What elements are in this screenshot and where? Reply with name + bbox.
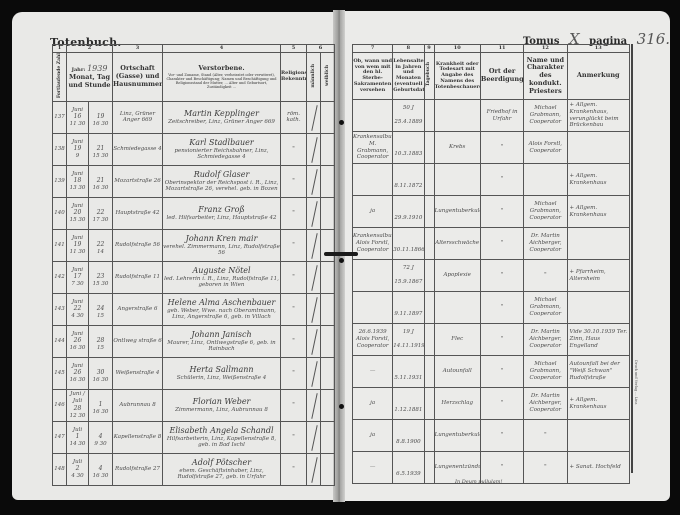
age-years: 19 J — [403, 329, 414, 335]
death-date: Juli24 30 — [67, 453, 89, 485]
birth-date: 8.11.1872 — [394, 183, 422, 189]
sacraments — [353, 260, 393, 292]
address: Rudolfstraße 11 — [113, 261, 163, 293]
diary — [424, 260, 434, 292]
male-mark — [307, 197, 321, 229]
death-date: Juni177 30 — [67, 261, 89, 293]
death-day: 26 — [74, 337, 82, 344]
religion: " — [281, 229, 307, 261]
table-row: 137Juni1611 301916 30Linz, Grüner Anger … — [53, 101, 335, 133]
colnum: 9 — [424, 45, 434, 53]
birth-date: 10.3.1883 — [394, 151, 422, 157]
binding-hole — [339, 120, 344, 125]
male-mark — [307, 261, 321, 293]
burial-place: " — [480, 196, 523, 228]
address: Rudolfstraße 56 — [113, 229, 163, 261]
birth-date: 25.4.1889 — [394, 119, 422, 125]
death-hour: 15 30 — [70, 217, 86, 223]
diary — [424, 100, 434, 132]
female-mark — [321, 229, 335, 261]
age: 72 J15.9.1867 — [393, 260, 424, 292]
deceased-name: Rudolf Glaser — [163, 170, 280, 180]
burial-day: 22 — [97, 241, 105, 248]
deceased-name: Martin Kepplinger — [163, 109, 280, 119]
deceased-name: Johann Kren mair — [163, 234, 280, 244]
age: 30.11.1866 — [393, 228, 424, 260]
table-row: 143Juni224 302415Angerstraße 6Helene Alm… — [53, 293, 335, 325]
age: 1.12.1881 — [393, 388, 424, 420]
burial-date: 2415 — [89, 293, 113, 325]
religion: " — [281, 133, 307, 165]
table-row: 50 J25.4.1889Friedhof in UrfahrMichael G… — [353, 100, 630, 132]
header-text: Name und Charakter des kondukt. Priester… — [527, 56, 564, 95]
header-text: Tagebuch — [426, 62, 431, 86]
table-row: 72 J15.9.1867Apoplexie""+ Pfarrheim, Alt… — [353, 260, 630, 292]
priest: Dr. Martin Aichberger, Cooperator — [524, 388, 567, 420]
death-hour: 13 30 — [70, 185, 86, 191]
table-row: 147Juli114 3049 30Kapellenstraße 8Elisab… — [53, 421, 335, 453]
death-hour: 4 30 — [71, 473, 83, 479]
age: 10.3.1883 — [393, 132, 424, 164]
priest — [524, 164, 567, 196]
deceased: Karl Stadlbauerpensionierter Reichsbahne… — [163, 133, 281, 165]
burial-hour: 15 30 — [93, 153, 109, 159]
table-row: Krankensalbung Alois Forstl, Cooperator3… — [353, 228, 630, 260]
month: Juni — [72, 363, 83, 369]
header-text: weiblich — [325, 65, 330, 86]
month: Juni — [72, 267, 83, 273]
burial-place: " — [480, 164, 523, 196]
cause-of-death: Lungentuberkulose — [434, 196, 480, 228]
death-day: 2 — [76, 465, 80, 472]
cause-of-death: Lungentuberkulose — [434, 420, 480, 452]
table-row: 140Juni2015 302217 30Hauptstraße 42Franz… — [53, 197, 335, 229]
burial-place: " — [480, 356, 523, 388]
right-register-table: 7 8 9 10 11 12 13 Ob, wann und von wem m… — [352, 44, 630, 484]
table-row: 146Juni / Juli2812 30116 30Aubrunnau 8Fl… — [53, 389, 335, 421]
age: 29.9.1910 — [393, 196, 424, 228]
month: Juni — [72, 331, 83, 337]
sacraments: — — [353, 356, 393, 388]
deceased-description: Hilfsarbeiterin, Linz, Kapellenstraße 8,… — [167, 436, 276, 449]
colnum: 11 — [480, 45, 523, 53]
address: Schmiedegasse 4 — [113, 133, 163, 165]
row-number: 140 — [53, 197, 67, 229]
age: 6.5.1939 — [393, 452, 424, 484]
age-years: 50 J — [403, 105, 414, 111]
month: Juni — [72, 139, 83, 145]
deceased-description: Zimmermann, Linz, Aubrunnau 8 — [175, 407, 268, 413]
diary — [424, 324, 434, 356]
burial-date: 3016 30 — [89, 357, 113, 389]
deceased-description: Zeitschreiber, Linz, Grüner Anger 669 — [168, 119, 275, 125]
burial-hour: 15 — [97, 345, 104, 351]
left-register-table: 1 2 3 4 5 6 Fortlaufende Zahl Jahr: 1939… — [52, 44, 335, 486]
deceased: Martin KepplingerZeitschreiber, Linz, Gr… — [163, 101, 281, 133]
deceased-name: Franz Groß — [163, 205, 280, 215]
table-row: 9.11.1897"Michael Grabmann, Cooperator — [353, 292, 630, 324]
burial-day: 30 — [97, 369, 105, 376]
burial-day: 21 — [97, 177, 105, 184]
left-register-body: 137Juni1611 301916 30Linz, Grüner Anger … — [53, 101, 335, 485]
male-mark — [307, 389, 321, 421]
header-ort: Ort der Beerdigung — [480, 53, 523, 100]
deceased-description: Maurer, Linz, Ontlwegstraße 6, geb. in R… — [167, 340, 275, 353]
colnum: 1 — [53, 45, 67, 53]
burial-day: 21 — [97, 145, 105, 152]
death-date: Juni1813 30 — [67, 165, 89, 197]
header-text: männlich — [311, 64, 316, 88]
table-row: —5.11.1931Autounfall"Michael Grabmann, C… — [353, 356, 630, 388]
colnum: 12 — [524, 45, 567, 53]
page-footer: In Deum pullulam! — [455, 479, 502, 485]
birth-date: 1.12.1881 — [394, 407, 422, 413]
table-row: 144Juni2616 302815Ontlweg straße 6Johann… — [53, 325, 335, 357]
month: Juni — [72, 171, 83, 177]
burial-date: 2214 — [89, 229, 113, 261]
burial-day: 19 — [97, 113, 105, 120]
deceased: Franz Großled. Hilfsarbeiter, Linz, Haup… — [163, 197, 281, 229]
right-register-body: 50 J25.4.1889Friedhof in UrfahrMichael G… — [353, 100, 630, 484]
burial-date: 2115 30 — [89, 133, 113, 165]
priest: Michael Grabmann, Cooperator — [524, 292, 567, 324]
header-krankheit: Krankheit oder Todesart mit Angabe des N… — [434, 53, 480, 100]
header-row: Ob, wann und von wem mit den hl. Sterbe-… — [353, 53, 630, 100]
row-number: 142 — [53, 261, 67, 293]
death-date: Juni / Juli2812 30 — [67, 389, 89, 421]
row-number: 141 — [53, 229, 67, 261]
row-number: 145 — [53, 357, 67, 389]
colnum: 4 — [163, 45, 281, 53]
table-row: 8.11.1872"+ Allgem. Krankenhaus — [353, 164, 630, 196]
header-maennlich: männlich — [307, 53, 321, 102]
burial-hour: 15 30 — [93, 281, 109, 287]
header-text: Krankheit oder Todesart mit Angabe des N… — [435, 61, 481, 90]
address: Mozartstraße 26 — [113, 165, 163, 197]
male-mark — [307, 293, 321, 325]
death-day: 28 — [74, 405, 82, 412]
verstorbene-desc: Vor- und Zuname, Stand (Alter, verheirat… — [163, 73, 280, 89]
death-day: 20 — [74, 209, 82, 216]
header-text: Religions-Bekenntnis — [281, 70, 307, 82]
header-datum: Jahr: 1939 Monat, Tag und Stunde — [67, 53, 113, 102]
burial-hour: 16 30 — [93, 473, 109, 479]
burial-date: 1916 30 — [89, 101, 113, 133]
remark — [567, 420, 629, 452]
death-date: Juni2616 30 — [67, 357, 89, 389]
deceased-name: Adolf Pötscher — [163, 458, 280, 468]
deceased-name: Auguste Nötel — [163, 266, 280, 276]
female-mark — [321, 325, 335, 357]
death-date: Juni224 30 — [67, 293, 89, 325]
colnum: 5 — [281, 45, 307, 53]
female-mark — [321, 165, 335, 197]
remark: Vide 30.10.1939 Ter. Zinn, Haus Engellan… — [567, 324, 629, 356]
burial-place: " — [480, 292, 523, 324]
burial-hour: 14 — [97, 249, 104, 255]
sacraments: ja — [353, 196, 393, 228]
diary — [424, 196, 434, 228]
colnum: 6 — [307, 45, 335, 53]
sacraments: Krankensalbung Alois Forstl, Cooperator — [353, 228, 393, 260]
priest: " — [524, 452, 567, 484]
sacraments: — — [353, 452, 393, 484]
birth-date: 30.11.1866 — [393, 247, 424, 253]
month: Juni — [72, 203, 83, 209]
header-text: Lebensalter in Jahren und Monaten (event… — [393, 58, 424, 93]
remark: + Sanat. Hochfeld — [567, 452, 629, 484]
priest: Dr. Martin Aichberger, Cooperator — [524, 228, 567, 260]
binding-hole — [339, 404, 344, 409]
remark: Autounfall bei der "Weiß Schwan" Rudolfs… — [567, 356, 629, 388]
deceased-description: led. Hilfsarbeiter, Linz, Hauptstraße 42 — [167, 215, 277, 221]
burial-hour: 16 30 — [93, 409, 109, 415]
address: Aubrunnau 8 — [113, 389, 163, 421]
remark: + Allgem. Krankenhaus — [567, 196, 629, 228]
header-row: Fortlaufende Zahl Jahr: 1939 Monat, Tag … — [53, 53, 335, 102]
age: 50 J25.4.1889 — [393, 100, 424, 132]
cause-of-death — [434, 164, 480, 196]
diary — [424, 164, 434, 196]
death-date: Juni2015 30 — [67, 197, 89, 229]
table-row: 141Juni1911 302214Rudolfstraße 56Johann … — [53, 229, 335, 261]
death-date: Juni2616 30 — [67, 325, 89, 357]
diary — [424, 228, 434, 260]
deceased-name: Herta Sallmann — [163, 365, 280, 375]
remark: + Allgem. Krankenhaus — [567, 388, 629, 420]
header-lebensalter: Lebensalter in Jahren und Monaten (event… — [393, 53, 424, 100]
month: Juni / Juli — [70, 391, 85, 404]
header-weiblich: weiblich — [321, 53, 335, 102]
burial-day: 28 — [97, 337, 105, 344]
burial-day: 22 — [97, 209, 105, 216]
deceased: Johann JanischMaurer, Linz, Ontlwegstraß… — [163, 325, 281, 357]
burial-date: 116 30 — [89, 389, 113, 421]
deceased-name: Florian Weber — [163, 397, 280, 407]
religion: " — [281, 165, 307, 197]
colnum: 2 — [67, 45, 113, 53]
religion: " — [281, 325, 307, 357]
table-row: ja1.12.1881Herzschlag"Dr. Martin Aichber… — [353, 388, 630, 420]
death-hour: 11 30 — [70, 121, 86, 127]
row-number: 137 — [53, 101, 67, 133]
remark — [567, 228, 629, 260]
burial-place: " — [480, 132, 523, 164]
female-mark — [321, 133, 335, 165]
burial-day: 4 — [99, 465, 103, 472]
birth-date: 15.9.1867 — [394, 279, 422, 285]
priest: Alois Forstl, Cooperator — [524, 132, 567, 164]
verstorbene-title: Verstorbene. — [198, 64, 244, 72]
burial-hour: 9 30 — [94, 441, 106, 447]
religion: röm. kath. — [281, 101, 307, 133]
death-hour: 11 30 — [70, 249, 86, 255]
deceased: Adolf Pötscherehem. Geschäftsinhaber, Li… — [163, 453, 281, 485]
age: 5.11.1931 — [393, 356, 424, 388]
death-day: 26 — [74, 369, 82, 376]
header-priester: Name und Charakter des kondukt. Priester… — [524, 53, 567, 100]
header-sakramente: Ob, wann und von wem mit den hl. Sterbe-… — [353, 53, 393, 100]
birth-date: 9.11.1897 — [394, 311, 422, 317]
male-mark — [307, 421, 321, 453]
sacraments: ja — [353, 420, 393, 452]
table-row: 26.6.1939 Alois Forstl, Cooperator19 J14… — [353, 324, 630, 356]
deceased-description: verehel. Zimmermann, Linz, Rudolfstraße … — [163, 244, 280, 257]
deceased-description: ehem. Geschäftsinhaber, Linz, Rudolfstra… — [178, 468, 266, 481]
deceased: Helene Alma Aschenbauergeb. Weber, Wwe. … — [163, 293, 281, 325]
colnum: 8 — [393, 45, 424, 53]
deceased-name: Elisabeth Angela Schandl — [163, 426, 280, 436]
cause-of-death: Herzschlag — [434, 388, 480, 420]
diary — [424, 292, 434, 324]
cause-of-death: Autounfall — [434, 356, 480, 388]
colnum: 7 — [353, 45, 393, 53]
female-mark — [321, 357, 335, 389]
burial-day: 23 — [97, 273, 105, 280]
age: 9.11.1897 — [393, 292, 424, 324]
death-hour: 16 30 — [70, 345, 86, 351]
priest: " — [524, 420, 567, 452]
table-row: ja8.8.1900Lungentuberkulose"" — [353, 420, 630, 452]
burial-hour: 16 30 — [93, 377, 109, 383]
sacraments — [353, 292, 393, 324]
burial-place: " — [480, 228, 523, 260]
death-day: 22 — [74, 305, 82, 312]
address: Kapellenstraße 8 — [113, 421, 163, 453]
death-hour: 12 30 — [70, 413, 86, 419]
diary — [424, 388, 434, 420]
remark: + Allgem. Krankenhaus, verunglückt beim … — [567, 100, 629, 132]
table-row: 138Juni1992115 30Schmiedegasse 4Karl Sta… — [53, 133, 335, 165]
table-row: ja29.9.1910Lungentuberkulose"Michael Gra… — [353, 196, 630, 228]
address: Rudolfstraße 27 — [113, 453, 163, 485]
male-mark — [307, 357, 321, 389]
burial-hour: 17 30 — [93, 217, 109, 223]
table-row: Krankensalbung M. Grabmann, Cooperator10… — [353, 132, 630, 164]
religion: " — [281, 421, 307, 453]
remark: + Allgem. Krankenhaus — [567, 164, 629, 196]
deceased: Herta SallmannSchülerin, Linz, Weißenstr… — [163, 357, 281, 389]
deceased-name: Karl Stadlbauer — [163, 138, 280, 148]
remark: + Pfarrheim, Altersheim — [567, 260, 629, 292]
header-tagebuch: Tagebuch — [424, 53, 434, 100]
address: Ontlweg straße 6 — [113, 325, 163, 357]
row-number: 144 — [53, 325, 67, 357]
death-hour: 14 30 — [70, 441, 86, 447]
birth-date: 8.8.1900 — [396, 439, 421, 445]
priest: Michael Grabmann, Cooperator — [524, 196, 567, 228]
sacraments: 26.6.1939 Alois Forstl, Cooperator — [353, 324, 393, 356]
table-row: 148Juli24 30416 30Rudolfstraße 27Adolf P… — [53, 453, 335, 485]
month: Juni — [72, 107, 83, 113]
death-day: 18 — [74, 177, 82, 184]
column-number-row: 1 2 3 4 5 6 — [53, 45, 335, 53]
burial-date: 416 30 — [89, 453, 113, 485]
header-verstorbene: Verstorbene. Vor- und Zuname, Stand (Alt… — [163, 53, 281, 102]
month: Juli — [73, 459, 82, 465]
death-date: Juli114 30 — [67, 421, 89, 453]
row-number: 139 — [53, 165, 67, 197]
burial-place: " — [480, 260, 523, 292]
deceased: Florian WeberZimmermann, Linz, Aubrunnau… — [163, 389, 281, 421]
religion: " — [281, 261, 307, 293]
birth-date: 6.5.1939 — [396, 471, 421, 477]
header-text: Ort der Beerdigung — [481, 67, 524, 83]
diary — [424, 420, 434, 452]
table-row: 142Juni177 302315 30Rudolfstraße 11Augus… — [53, 261, 335, 293]
priest: Dr. Martin Aichberger, Cooperator — [524, 324, 567, 356]
deceased-description: geb. Weber, Wwe. nach Oberamtmann, Linz,… — [167, 308, 276, 321]
colnum: 10 — [434, 45, 480, 53]
death-hour: 4 30 — [71, 313, 83, 319]
deceased-name: Johann Janisch — [163, 330, 280, 340]
remark — [567, 132, 629, 164]
death-hour: 16 30 — [70, 377, 86, 383]
male-mark — [307, 133, 321, 165]
deceased: Johann Kren mairverehel. Zimmermann, Lin… — [163, 229, 281, 261]
burial-place: " — [480, 420, 523, 452]
deceased-description: pensionierter Reichsbahner, Linz, Schmie… — [174, 148, 268, 161]
address: Angerstraße 6 — [113, 293, 163, 325]
monat-label: Monat, Tag und Stunde — [68, 73, 110, 89]
header-ortschaft: Ortschaft (Gasse) und Hausnummer — [113, 53, 163, 102]
religion: " — [281, 389, 307, 421]
table-row: 139Juni1813 302116 30Mozartstraße 26Rudo… — [53, 165, 335, 197]
burial-hour: 16 30 — [93, 185, 109, 191]
cause-of-death — [434, 100, 480, 132]
burial-date: 2217 30 — [89, 197, 113, 229]
death-day: 16 — [74, 113, 82, 120]
colnum: 13 — [567, 45, 629, 53]
age: 8.8.1900 — [393, 420, 424, 452]
birth-date: 5.11.1931 — [394, 375, 422, 381]
sacraments — [353, 164, 393, 196]
deceased: Auguste Nötelled. Lehrerin i. R., Linz, … — [163, 261, 281, 293]
religion: " — [281, 293, 307, 325]
remark — [567, 292, 629, 324]
priest: Michael Grabmann, Cooperator — [524, 356, 567, 388]
header-anmerkung: Anmerkung — [567, 53, 629, 100]
deceased-description: Oberinspektor der Reichspost i. R., Linz… — [165, 180, 279, 193]
priest: " — [524, 260, 567, 292]
male-mark — [307, 229, 321, 261]
table-row: 145Juni2616 303016 30Weißenstraße 4Herta… — [53, 357, 335, 389]
death-date: Juni1611 30 — [67, 101, 89, 133]
death-hour: 9 — [76, 153, 80, 159]
female-mark — [321, 197, 335, 229]
header-fortl-zahl: Fortlaufende Zahl — [53, 53, 67, 102]
month: Juni — [72, 299, 83, 305]
cause-of-death: Krebs — [434, 132, 480, 164]
header-text: Ob, wann und von wem mit den hl. Sterbe-… — [353, 58, 392, 93]
burial-hour: 15 — [97, 313, 104, 319]
burial-date: 49 30 — [89, 421, 113, 453]
burial-place: " — [480, 388, 523, 420]
sacraments: Krankensalbung M. Grabmann, Cooperator — [353, 132, 393, 164]
header-text: Ortschaft (Gasse) und Hausnummer — [113, 64, 163, 88]
row-number: 138 — [53, 133, 67, 165]
header-text: Fortlaufende Zahl — [57, 53, 62, 98]
colnum: 3 — [113, 45, 163, 53]
cause-of-death: Flec — [434, 324, 480, 356]
row-number: 147 — [53, 421, 67, 453]
diary — [424, 356, 434, 388]
month: Juni — [72, 235, 83, 241]
female-mark — [321, 261, 335, 293]
birth-date: 14.11.1919 — [393, 343, 424, 349]
burial-place: Friedhof in Urfahr — [480, 100, 523, 132]
address: Linz, Grüner Anger 669 — [113, 101, 163, 133]
